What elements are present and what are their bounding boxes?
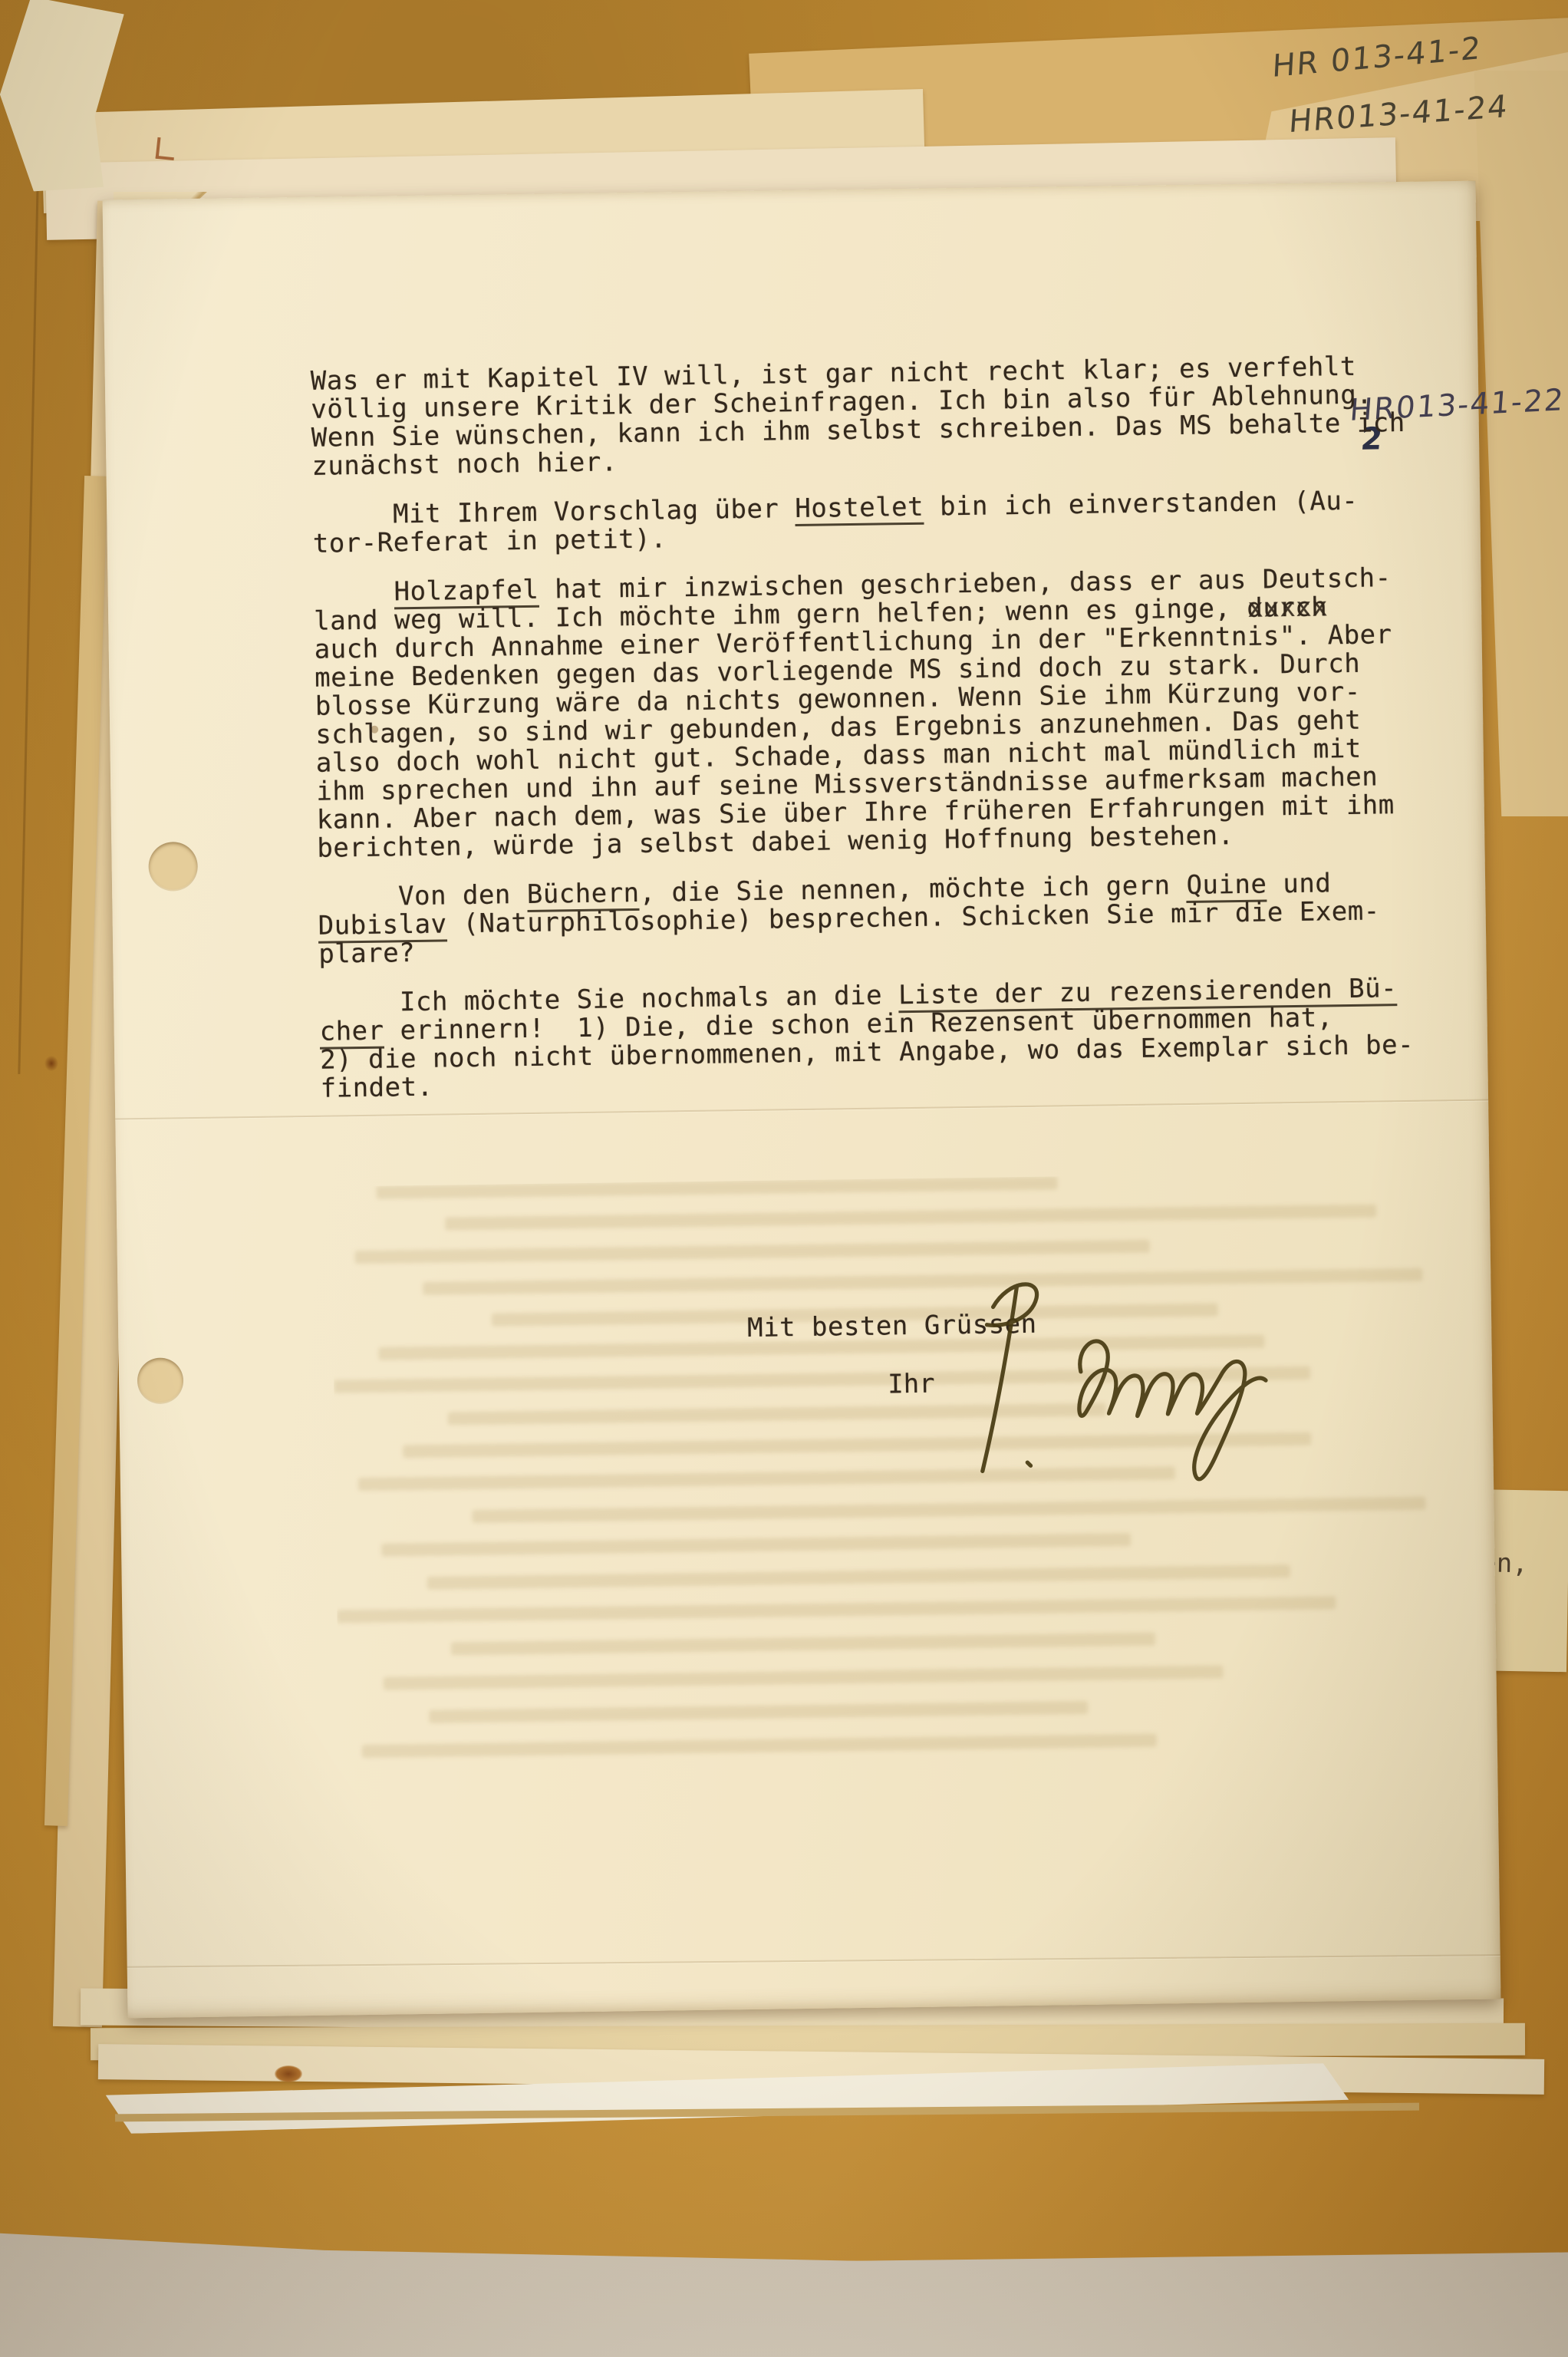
letter-page: HR013-41-22 2 Was er mit Kapitel IV will… — [103, 181, 1501, 2019]
crease — [127, 1954, 1500, 1968]
typed-paragraph: Mit Ihrem Vorschlag über Hostelet bin ic… — [312, 486, 1441, 559]
ghost-text-line — [451, 1633, 1155, 1656]
typed-letter-body: Was er mit Kapitel IV will, ist gar nich… — [311, 351, 1449, 1123]
typed-paragraph: Von den Büchern, die Sie nennen, möchte … — [318, 868, 1446, 969]
typed-paragraph: Ich möchte Sie nochmals an die Liste der… — [319, 974, 1448, 1103]
ghost-text-line — [361, 1734, 1156, 1758]
ink-corner-mark — [156, 137, 176, 160]
bleed-through-text — [331, 1171, 1477, 1939]
closing-signoff: Ihr — [888, 1369, 935, 1400]
typed-paragraph: Holzapfel hat mir inzwischen geschrieben… — [313, 563, 1444, 862]
signature-stroke — [1027, 1462, 1030, 1465]
signature-stroke — [980, 1286, 1020, 1472]
signature: R. Carnap — [945, 1204, 1288, 1577]
rust-stain — [275, 2065, 302, 2082]
archive-photo: HR 013-41-2 HR013-41-24 en, HR013-41-22 … — [0, 0, 1568, 2357]
ghost-text-line — [384, 1665, 1224, 1689]
ghost-text-line — [429, 1701, 1088, 1723]
rust-stain — [44, 1056, 58, 1071]
typed-paragraph: Was er mit Kapitel IV will, ist gar nich… — [311, 351, 1440, 481]
hole-punch — [137, 1357, 184, 1404]
ghost-text-line — [377, 1176, 1058, 1198]
ghost-text-line — [337, 1596, 1336, 1623]
hole-punch — [148, 842, 198, 892]
signature-stroke — [1079, 1339, 1267, 1481]
